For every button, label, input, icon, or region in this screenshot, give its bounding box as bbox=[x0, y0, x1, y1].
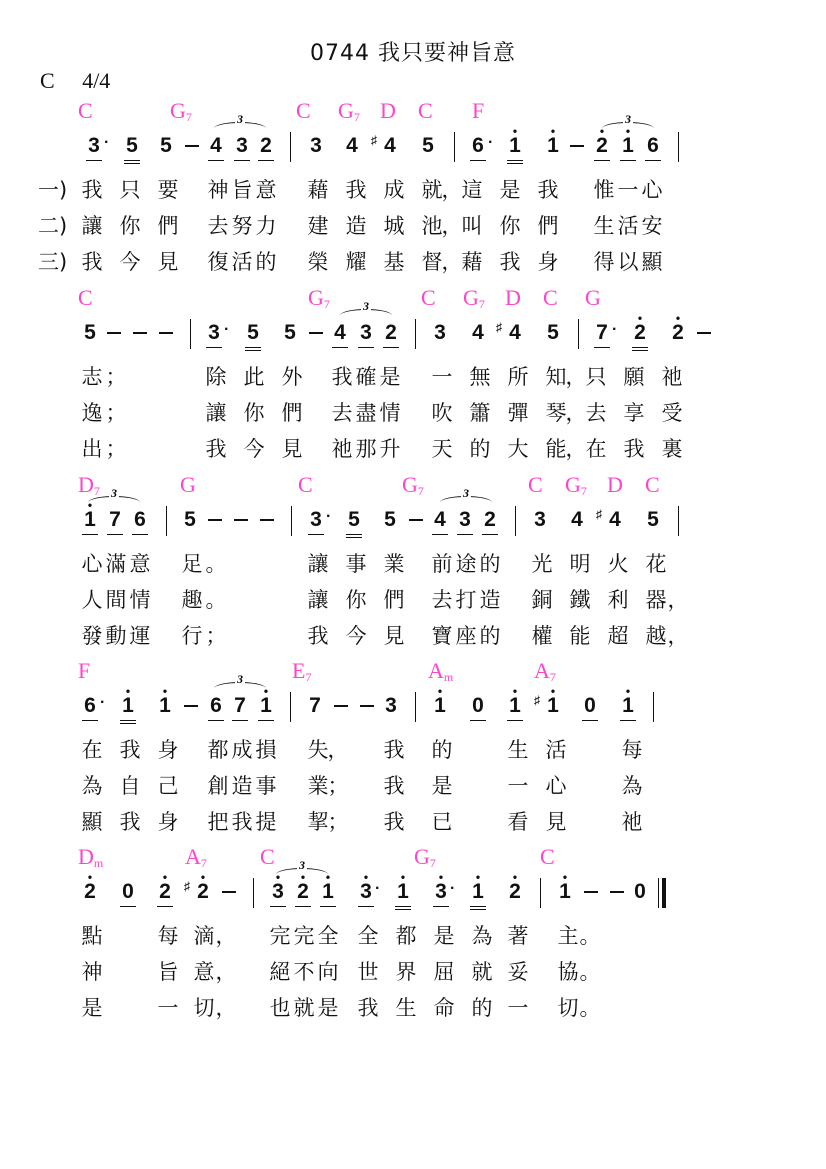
lyric-char: ， bbox=[666, 620, 690, 650]
barline bbox=[253, 878, 254, 908]
sustain-dash bbox=[107, 332, 121, 334]
chord-quality: 7 bbox=[94, 484, 100, 498]
lyric-char: 出 bbox=[80, 433, 104, 463]
sustain-dash bbox=[360, 705, 374, 707]
barline bbox=[190, 319, 191, 349]
octave-dot-icon: • bbox=[393, 872, 413, 882]
octave-dot-icon: • bbox=[543, 126, 563, 136]
note: 1• bbox=[618, 134, 638, 164]
lyric-char: ； bbox=[104, 397, 128, 427]
lyric-char: 你 bbox=[498, 210, 522, 240]
sustain-dash bbox=[184, 705, 198, 707]
lyric-char: 的 bbox=[478, 548, 502, 578]
lyric-char: 越 bbox=[644, 620, 668, 650]
lyric-char: 我 bbox=[382, 806, 406, 836]
lyric-char: 造 bbox=[344, 210, 368, 240]
lyric-char: 我 bbox=[80, 174, 104, 204]
chord-symbol: Dm bbox=[78, 844, 103, 871]
chord-symbol: G7 bbox=[463, 285, 485, 312]
chord-symbol: D bbox=[505, 285, 521, 311]
lyric-char: 耀 bbox=[344, 246, 368, 276]
underline-eighth bbox=[132, 534, 148, 535]
underline-eighth bbox=[346, 534, 362, 535]
lyric-char: 活 bbox=[616, 210, 640, 240]
note: 3 bbox=[204, 321, 224, 351]
note: 1• bbox=[430, 694, 450, 724]
sustain-dash bbox=[260, 519, 274, 521]
lyric-char: 裏 bbox=[660, 433, 684, 463]
lyric-char: 造 bbox=[478, 584, 502, 614]
chord-symbol: D7 bbox=[78, 472, 100, 499]
lyric-char: 的 bbox=[254, 246, 278, 276]
lyric-char: 命 bbox=[432, 992, 456, 1022]
lyric-char: 你 bbox=[242, 397, 266, 427]
lyric-char: 逸 bbox=[80, 397, 104, 427]
lyric-char: 點 bbox=[80, 920, 104, 950]
lyric-char: 意 bbox=[254, 174, 278, 204]
lyric-char: 無 bbox=[468, 361, 492, 391]
chord-symbol: C bbox=[78, 285, 93, 311]
note: 0 bbox=[630, 880, 650, 910]
sustain-dash bbox=[697, 332, 711, 334]
lyric-char: ， bbox=[214, 920, 238, 950]
octave-dot-icon: • bbox=[555, 872, 575, 882]
barline bbox=[166, 506, 167, 536]
lyric-char: 看 bbox=[506, 806, 530, 836]
sustain-dash bbox=[234, 519, 248, 521]
underline-eighth bbox=[232, 720, 248, 721]
note: 7 bbox=[230, 694, 250, 724]
chord-quality: 7 bbox=[479, 297, 485, 311]
lyric-char: 彈 bbox=[506, 397, 530, 427]
lyric-char: 明 bbox=[568, 548, 592, 578]
lyric-char: 權 bbox=[530, 620, 554, 650]
lyric-char: 。 bbox=[204, 548, 228, 578]
lyric-char: 鐵 bbox=[568, 584, 592, 614]
underline-eighth bbox=[157, 906, 173, 907]
lyric-char: 神 bbox=[80, 956, 104, 986]
note: 3• bbox=[356, 880, 376, 910]
note: 2• bbox=[80, 880, 100, 910]
lyric-char: 不 bbox=[292, 956, 316, 986]
lyric-char: 足 bbox=[180, 548, 204, 578]
underline-eighth bbox=[295, 906, 311, 907]
lyric-char: 受 bbox=[660, 397, 684, 427]
chord-symbol: C bbox=[540, 844, 555, 870]
lyric-char: 只 bbox=[118, 174, 142, 204]
lyric-char: 榮 bbox=[306, 246, 330, 276]
lyric-char: 都 bbox=[394, 920, 418, 950]
octave-dot-icon: • bbox=[193, 872, 213, 882]
chord-quality: 7 bbox=[324, 297, 330, 311]
note: 2• bbox=[668, 321, 688, 351]
sustain-dash bbox=[584, 891, 598, 893]
note: 6 bbox=[468, 134, 488, 164]
note: 1•♯ bbox=[543, 694, 563, 724]
chord-quality: 7 bbox=[201, 856, 207, 870]
lyric-char: 安 bbox=[640, 210, 664, 240]
lyric-char: 是 bbox=[378, 361, 402, 391]
lyric-char: 趣 bbox=[180, 584, 204, 614]
lyric-char: 妥 bbox=[506, 956, 530, 986]
lyric-char: 事 bbox=[344, 548, 368, 578]
note: 1• bbox=[505, 134, 525, 164]
lyric-char: 我 bbox=[118, 806, 142, 836]
lyric-char: 們 bbox=[536, 210, 560, 240]
lyric-char: 要 bbox=[156, 174, 180, 204]
note: 0 bbox=[118, 880, 138, 910]
chord-quality: 7 bbox=[418, 484, 424, 498]
lyric-char: 滴 bbox=[192, 920, 216, 950]
note: 7 bbox=[305, 694, 325, 724]
lyric-char: 旨 bbox=[230, 174, 254, 204]
chord-symbol: G bbox=[585, 285, 601, 311]
lyric-char: 天 bbox=[430, 433, 454, 463]
note: 5 bbox=[418, 134, 438, 164]
barline bbox=[515, 506, 516, 536]
lyric-char: 我 bbox=[330, 361, 354, 391]
lyric-char: 顯 bbox=[80, 806, 104, 836]
chord-symbol: D bbox=[607, 472, 623, 498]
verse-number: 三) bbox=[38, 246, 78, 276]
chord-symbol: G7 bbox=[565, 472, 587, 499]
key-signature: C 4/4 bbox=[40, 68, 132, 94]
lyric-char: 大 bbox=[506, 433, 530, 463]
lyric-char: 每 bbox=[156, 920, 180, 950]
lyric-char: 我 bbox=[382, 770, 406, 800]
lyric-char: 界 bbox=[394, 956, 418, 986]
lyric-char: 去 bbox=[584, 397, 608, 427]
octave-dot-icon: • bbox=[356, 872, 376, 882]
lyric-char: 志 bbox=[80, 361, 104, 391]
lyric-char: 在 bbox=[584, 433, 608, 463]
chord-symbol: G7 bbox=[170, 98, 192, 125]
octave-dot-icon: • bbox=[155, 686, 175, 696]
chord-quality: m bbox=[94, 856, 103, 870]
underline-eighth bbox=[82, 534, 98, 535]
lyric-char: 身 bbox=[156, 806, 180, 836]
lyric-char: 我 bbox=[344, 174, 368, 204]
lyric-char: 已 bbox=[430, 806, 454, 836]
chord-symbol: G bbox=[180, 472, 196, 498]
lyric-char: 意 bbox=[192, 956, 216, 986]
underline-sixteenth bbox=[346, 537, 362, 538]
sustain-dash bbox=[159, 332, 173, 334]
underline-eighth bbox=[245, 347, 261, 348]
chord-symbol: C bbox=[298, 472, 313, 498]
chord-symbol: F bbox=[78, 658, 90, 684]
lyric-char: 活 bbox=[230, 246, 254, 276]
sustain-dash bbox=[610, 891, 624, 893]
octave-dot-icon: • bbox=[505, 126, 525, 136]
sustain-dash bbox=[409, 519, 423, 521]
lyric-char: 得 bbox=[592, 246, 616, 276]
octave-dot-icon: • bbox=[468, 872, 488, 882]
barline bbox=[290, 132, 291, 162]
chord-symbol: G7 bbox=[308, 285, 330, 312]
lyric-char: 我 bbox=[80, 246, 104, 276]
underline-eighth bbox=[308, 534, 324, 535]
lyric-char: 我 bbox=[536, 174, 560, 204]
key-tonic: C bbox=[40, 68, 55, 93]
underline-eighth bbox=[258, 720, 274, 721]
note: 3 bbox=[455, 508, 475, 538]
sustain-dash bbox=[208, 519, 222, 521]
note: 0 bbox=[580, 694, 600, 724]
lyric-char: 的 bbox=[470, 992, 494, 1022]
lyric-char: ； bbox=[104, 433, 128, 463]
lyric-char: 只 bbox=[584, 361, 608, 391]
lyric-char: 動 bbox=[104, 620, 128, 650]
barline bbox=[454, 132, 455, 162]
note: 6 bbox=[130, 508, 150, 538]
barline bbox=[578, 319, 579, 349]
underline-eighth bbox=[120, 906, 136, 907]
underline-sixteenth bbox=[632, 350, 648, 351]
underline-eighth bbox=[470, 906, 486, 907]
lyric-char: 惟 bbox=[592, 174, 616, 204]
chord-symbol: C bbox=[543, 285, 558, 311]
lyric-char: 我 bbox=[204, 433, 228, 463]
sharp-icon: ♯ bbox=[596, 502, 602, 526]
lyric-char: 是 bbox=[80, 992, 104, 1022]
lyric-char: 是 bbox=[430, 770, 454, 800]
note: 1• bbox=[155, 694, 175, 724]
lyric-char: 一 bbox=[506, 992, 530, 1022]
lyric-char: 主 bbox=[556, 920, 580, 950]
lyric-char: 去 bbox=[206, 210, 230, 240]
lyric-char: 一 bbox=[506, 770, 530, 800]
lyric-char: 切 bbox=[556, 992, 580, 1022]
lyric-char: 那 bbox=[354, 433, 378, 463]
lyric-char: 就 bbox=[470, 956, 494, 986]
underline-eighth bbox=[632, 347, 648, 348]
note: 3• bbox=[431, 880, 451, 910]
note: 3 bbox=[84, 134, 104, 164]
underline-sixteenth bbox=[124, 163, 140, 164]
lyric-char: 協 bbox=[556, 956, 580, 986]
lyric-char: 把 bbox=[206, 806, 230, 836]
lyric-char: 一 bbox=[156, 992, 180, 1022]
lyric-char: 向 bbox=[316, 956, 340, 986]
note: 5 bbox=[280, 321, 300, 351]
underline-eighth bbox=[507, 720, 523, 721]
lyric-char: 神 bbox=[206, 174, 230, 204]
lyric-char: 完 bbox=[292, 920, 316, 950]
lyric-char: 創 bbox=[206, 770, 230, 800]
note: 2•♯ bbox=[193, 880, 213, 910]
triplet-bracket: 3 bbox=[214, 122, 266, 135]
chord-symbol: E7 bbox=[292, 658, 311, 685]
sharp-icon: ♯ bbox=[496, 315, 502, 339]
lyric-char: 著 bbox=[506, 920, 530, 950]
note: 3 bbox=[530, 508, 550, 538]
lyric-char: 自 bbox=[118, 770, 142, 800]
lyric-char: 絕 bbox=[268, 956, 292, 986]
lyric-char: 己 bbox=[156, 770, 180, 800]
underline-eighth bbox=[383, 347, 399, 348]
lyric-char: 心 bbox=[640, 174, 664, 204]
octave-dot-icon: • bbox=[430, 686, 450, 696]
lyric-char: 我 bbox=[622, 433, 646, 463]
chord-symbol: C bbox=[260, 844, 275, 870]
underline-eighth bbox=[594, 347, 610, 348]
note: 2• bbox=[155, 880, 175, 910]
lyric-char: 我 bbox=[230, 806, 254, 836]
chord-symbol: D bbox=[380, 98, 396, 124]
underline-eighth bbox=[482, 534, 498, 535]
note: 4♯ bbox=[505, 321, 525, 351]
lyric-char: 我 bbox=[356, 992, 380, 1022]
underline-eighth bbox=[208, 720, 224, 721]
underline-eighth bbox=[620, 720, 636, 721]
note: 6 bbox=[643, 134, 663, 164]
note: 3 bbox=[306, 508, 326, 538]
note: 5 bbox=[156, 134, 176, 164]
note: 4♯ bbox=[380, 134, 400, 164]
lyric-char: 見 bbox=[544, 806, 568, 836]
note: 2 bbox=[256, 134, 276, 164]
lyric-char: ， bbox=[214, 992, 238, 1022]
lyric-char: 成 bbox=[230, 734, 254, 764]
underline-eighth bbox=[86, 160, 102, 161]
lyric-char: 。 bbox=[204, 584, 228, 614]
barline bbox=[290, 692, 291, 722]
lyric-char: 生 bbox=[394, 992, 418, 1022]
lyric-char: 滿 bbox=[104, 548, 128, 578]
octave-dot-icon: • bbox=[118, 686, 138, 696]
note: 1• bbox=[318, 880, 338, 910]
lyric-char: 就 bbox=[292, 992, 316, 1022]
lyric-char: 完 bbox=[268, 920, 292, 950]
underline-sixteenth bbox=[245, 350, 261, 351]
note: 4 bbox=[468, 321, 488, 351]
sustain-dash bbox=[309, 332, 323, 334]
lyric-char: 祂 bbox=[330, 433, 354, 463]
lyric-char: 力 bbox=[254, 210, 278, 240]
underline-eighth bbox=[320, 906, 336, 907]
note: 2 bbox=[480, 508, 500, 538]
lyric-char: 我 bbox=[118, 734, 142, 764]
lyric-char: 世 bbox=[356, 956, 380, 986]
lyric-char: 享 bbox=[622, 397, 646, 427]
lyric-char: 們 bbox=[382, 584, 406, 614]
song-title: 0744 我只要神旨意 bbox=[0, 36, 826, 67]
chord-symbol: F bbox=[472, 98, 484, 124]
lyric-char: 切 bbox=[192, 992, 216, 1022]
note: 5 bbox=[243, 321, 263, 351]
score-page: 0744 我只要神旨意 C 4/4 CG7CG7DCF3·554323344♯5… bbox=[0, 0, 826, 1169]
chord-symbol: G7 bbox=[414, 844, 436, 871]
chord-symbol: C bbox=[421, 285, 436, 311]
underline-eighth bbox=[594, 160, 610, 161]
chord-symbol: G7 bbox=[338, 98, 360, 125]
lyric-char: 你 bbox=[344, 584, 368, 614]
underline-eighth bbox=[395, 906, 411, 907]
lyric-char: 為 bbox=[80, 770, 104, 800]
chord-quality: 7 bbox=[354, 110, 360, 124]
underline-eighth bbox=[432, 534, 448, 535]
lyric-char: 簫 bbox=[468, 397, 492, 427]
lyric-char: 見 bbox=[280, 433, 304, 463]
lyric-char: ； bbox=[204, 620, 228, 650]
lyric-char: 心 bbox=[544, 770, 568, 800]
lyric-char: 提 bbox=[254, 806, 278, 836]
sharp-icon: ♯ bbox=[184, 874, 190, 898]
time-signature: 4/4 bbox=[82, 68, 110, 93]
lyric-char: 光 bbox=[530, 548, 554, 578]
lyric-char: 讓 bbox=[80, 210, 104, 240]
lyric-char: 損 bbox=[254, 734, 278, 764]
lyric-char: 藉 bbox=[460, 246, 484, 276]
final-barline bbox=[658, 878, 665, 908]
lyric-char: 打 bbox=[454, 584, 478, 614]
sustain-dash bbox=[222, 891, 236, 893]
lyric-char: 的 bbox=[478, 620, 502, 650]
lyric-char: 我 bbox=[382, 734, 406, 764]
lyric-char: 成 bbox=[382, 174, 406, 204]
lyric-char: 努 bbox=[230, 210, 254, 240]
lyric-char: 全 bbox=[316, 920, 340, 950]
lyric-char: 讓 bbox=[306, 584, 330, 614]
lyric-char: 活 bbox=[544, 734, 568, 764]
lyric-char: 去 bbox=[430, 584, 454, 614]
note: 2• bbox=[505, 880, 525, 910]
lyric-char: 意 bbox=[128, 548, 152, 578]
augmentation-dot: · bbox=[612, 321, 617, 339]
underline-eighth bbox=[433, 906, 449, 907]
note: 1• bbox=[618, 694, 638, 724]
lyric-char: 見 bbox=[382, 620, 406, 650]
barline bbox=[653, 692, 654, 722]
octave-dot-icon: • bbox=[505, 872, 525, 882]
augmentation-dot: · bbox=[104, 134, 109, 152]
note: 5 bbox=[180, 508, 200, 538]
note: 1• bbox=[118, 694, 138, 724]
octave-dot-icon: • bbox=[431, 872, 451, 882]
chord-symbol: G7 bbox=[402, 472, 424, 499]
underline-eighth bbox=[270, 906, 286, 907]
lyric-char: 都 bbox=[206, 734, 230, 764]
lyric-char: 一 bbox=[430, 361, 454, 391]
note: 4 bbox=[567, 508, 587, 538]
note: 5 bbox=[344, 508, 364, 538]
octave-dot-icon: • bbox=[618, 686, 638, 696]
lyric-char: 你 bbox=[118, 210, 142, 240]
lyric-char: 吹 bbox=[430, 397, 454, 427]
lyric-char: 的 bbox=[430, 734, 454, 764]
lyric-char: 的 bbox=[468, 433, 492, 463]
lyric-char: 為 bbox=[620, 770, 644, 800]
triplet-bracket: 3 bbox=[602, 122, 654, 135]
octave-dot-icon: • bbox=[630, 313, 650, 323]
underline-eighth bbox=[470, 160, 486, 161]
note: 3• bbox=[268, 880, 288, 910]
lyric-char: 願 bbox=[622, 361, 646, 391]
lyric-char: 所 bbox=[506, 361, 530, 391]
barline bbox=[415, 692, 416, 722]
lyric-char: 身 bbox=[536, 246, 560, 276]
lyric-char: 這 bbox=[460, 174, 484, 204]
lyric-char: 升 bbox=[378, 433, 402, 463]
lyric-char: 城 bbox=[382, 210, 406, 240]
underline-eighth bbox=[208, 160, 224, 161]
lyric-char: ； bbox=[326, 770, 350, 800]
triplet-bracket: 3 bbox=[88, 496, 140, 509]
octave-dot-icon: • bbox=[668, 313, 688, 323]
underline-eighth bbox=[358, 347, 374, 348]
lyric-char: 發 bbox=[80, 620, 104, 650]
